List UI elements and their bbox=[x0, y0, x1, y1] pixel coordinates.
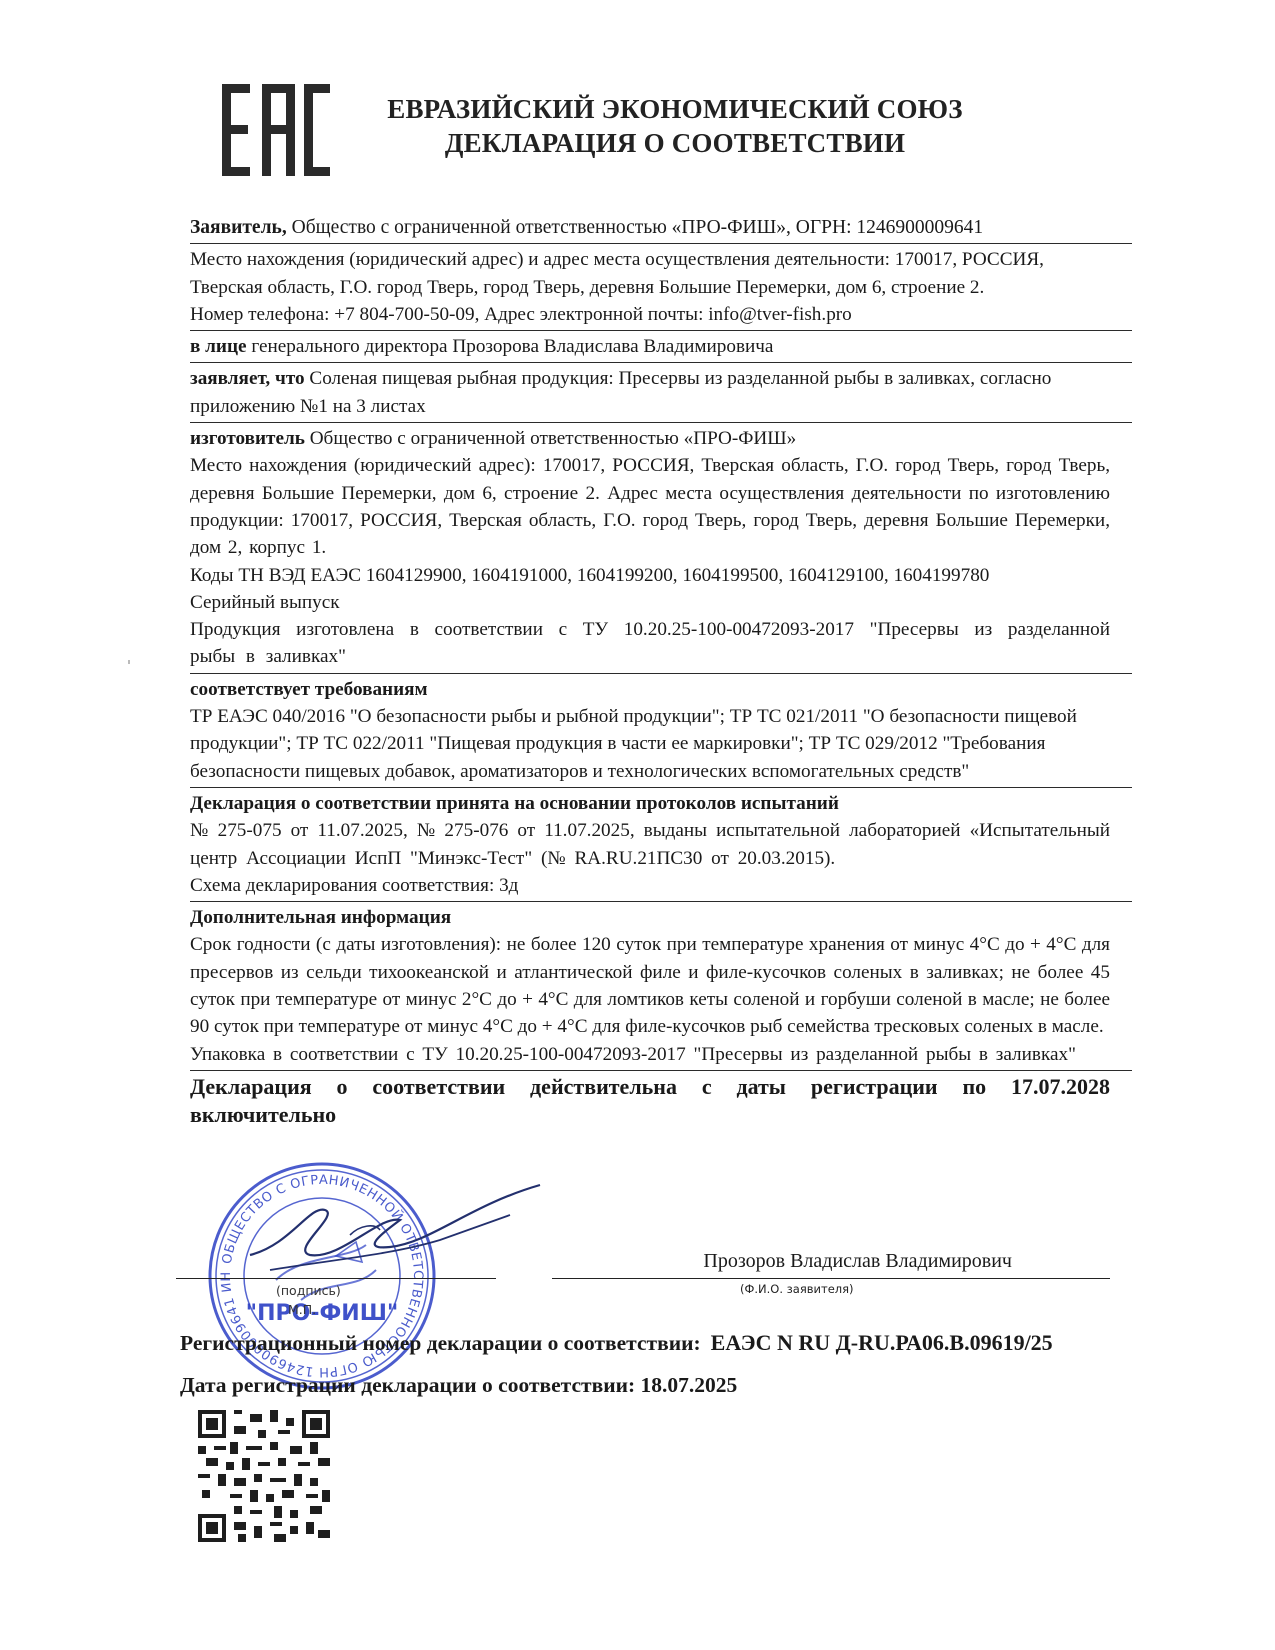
eac-mark-icon bbox=[222, 84, 330, 176]
representative-label: в лице bbox=[190, 336, 247, 357]
basis-section: Декларация о соответствии принята на осн… bbox=[190, 790, 1110, 900]
handwritten-signature-icon bbox=[230, 1175, 550, 1295]
divider bbox=[190, 787, 1132, 788]
manufacturer-address: Место нахождения (юридический адрес): 17… bbox=[190, 452, 1110, 561]
signature-line bbox=[176, 1278, 496, 1279]
divider bbox=[190, 243, 1132, 244]
applicant-address: Место нахождения (юридический адрес) и а… bbox=[190, 246, 1110, 301]
declares-text: Соленая пищевая рыбная продукция: Пресер… bbox=[190, 368, 1051, 416]
divider bbox=[190, 901, 1132, 902]
manufacturer-text: Общество с ограниченной ответственностью… bbox=[305, 428, 796, 449]
registration-date: Дата регистрации декларации о соответств… bbox=[180, 1373, 737, 1398]
divider bbox=[190, 673, 1132, 674]
title-declaration: ДЕКЛАРАЦИЯ О СООТВЕТСТВИИ bbox=[360, 126, 990, 160]
document-title: ЕВРАЗИЙСКИЙ ЭКОНОМИЧЕСКИЙ СОЮЗ ДЕКЛАРАЦИ… bbox=[360, 92, 990, 160]
applicant-text: Общество с ограниченной ответственностью… bbox=[287, 217, 983, 238]
manufacturer-section: изготовитель Общество с ограниченной отв… bbox=[190, 425, 1110, 672]
conformity-section: соответствует требованиям ТР ЕАЭС 040/20… bbox=[190, 676, 1110, 786]
title-union: ЕВРАЗИЙСКИЙ ЭКОНОМИЧЕСКИЙ СОЮЗ bbox=[360, 92, 990, 126]
name-line bbox=[552, 1278, 1110, 1279]
registration-number: Регистрационный номер декларации о соотв… bbox=[180, 1330, 1053, 1356]
declares-section: заявляет, что Соленая пищевая рыбная про… bbox=[190, 365, 1110, 421]
scan-mark bbox=[128, 660, 130, 664]
qr-code-icon[interactable] bbox=[198, 1410, 330, 1542]
manufacturer-label: изготовитель bbox=[190, 428, 305, 449]
applicant-label: Заявитель, bbox=[190, 217, 287, 238]
manufacturing-standard: Продукция изготовлена в соответствии с Т… bbox=[190, 616, 1110, 671]
applicant-address-section: Место нахождения (юридический адрес) и а… bbox=[190, 246, 1110, 329]
signature-caption: (подпись) bbox=[276, 1283, 341, 1298]
additional-label: Дополнительная информация bbox=[190, 904, 1110, 931]
representative-text: генерального директора Прозорова Владисл… bbox=[247, 336, 774, 357]
seal-caption: М.П. bbox=[288, 1302, 316, 1317]
divider bbox=[190, 362, 1132, 363]
applicant-contacts: Номер телефона: +7 804-700-50-09, Адрес … bbox=[190, 301, 1110, 328]
registration-number-label: Регистрационный номер декларации о соотв… bbox=[180, 1331, 701, 1355]
conformity-regulations: ТР ЕАЭС 040/2016 "О безопасности рыбы и … bbox=[190, 703, 1110, 785]
representative-section: в лице генерального директора Прозорова … bbox=[190, 333, 1110, 361]
divider bbox=[190, 1070, 1132, 1071]
registration-number-value: ЕАЭС N RU Д-RU.РА06.В.09619/25 bbox=[711, 1330, 1053, 1355]
packaging: Упаковка в соответствии с ТУ 10.20.25-10… bbox=[190, 1041, 1110, 1068]
registration-date-value: 18.07.2025 bbox=[641, 1373, 738, 1397]
stamp-company-name: "ПРО-ФИШ" bbox=[246, 1301, 399, 1326]
applicant-full-name: Прозоров Владислав Владимирович bbox=[552, 1250, 1012, 1273]
divider bbox=[190, 422, 1132, 423]
shelf-life: Срок годности (с даты изготовления): не … bbox=[190, 931, 1110, 1040]
name-caption: (Ф.И.О. заявителя) bbox=[740, 1282, 854, 1296]
registration-date-label: Дата регистрации декларации о соответств… bbox=[180, 1373, 635, 1397]
applicant-section: Заявитель, Общество с ограниченной ответ… bbox=[190, 214, 1110, 242]
test-protocols: № 275-075 от 11.07.2025, № 275-076 от 11… bbox=[190, 817, 1110, 872]
declaration-scheme: Схема декларирования соответствия: 3д bbox=[190, 872, 1110, 899]
divider bbox=[190, 330, 1132, 331]
declaration-body: Заявитель, Общество с ограниченной ответ… bbox=[190, 214, 1110, 1129]
release-type: Серийный выпуск bbox=[190, 589, 1110, 616]
declares-label: заявляет, что bbox=[190, 368, 305, 389]
conformity-label: соответствует требованиям bbox=[190, 676, 1110, 703]
declaration-page: ЕВРАЗИЙСКИЙ ЭКОНОМИЧЕСКИЙ СОЮЗ ДЕКЛАРАЦИ… bbox=[0, 0, 1275, 1650]
basis-label: Декларация о соответствии принята на осн… bbox=[190, 790, 1110, 817]
validity-period: Декларация о соответствии действительна … bbox=[190, 1073, 1110, 1129]
hs-codes: Коды ТН ВЭД ЕАЭС 1604129900, 1604191000,… bbox=[190, 562, 1110, 589]
additional-section: Дополнительная информация Срок годности … bbox=[190, 904, 1110, 1069]
